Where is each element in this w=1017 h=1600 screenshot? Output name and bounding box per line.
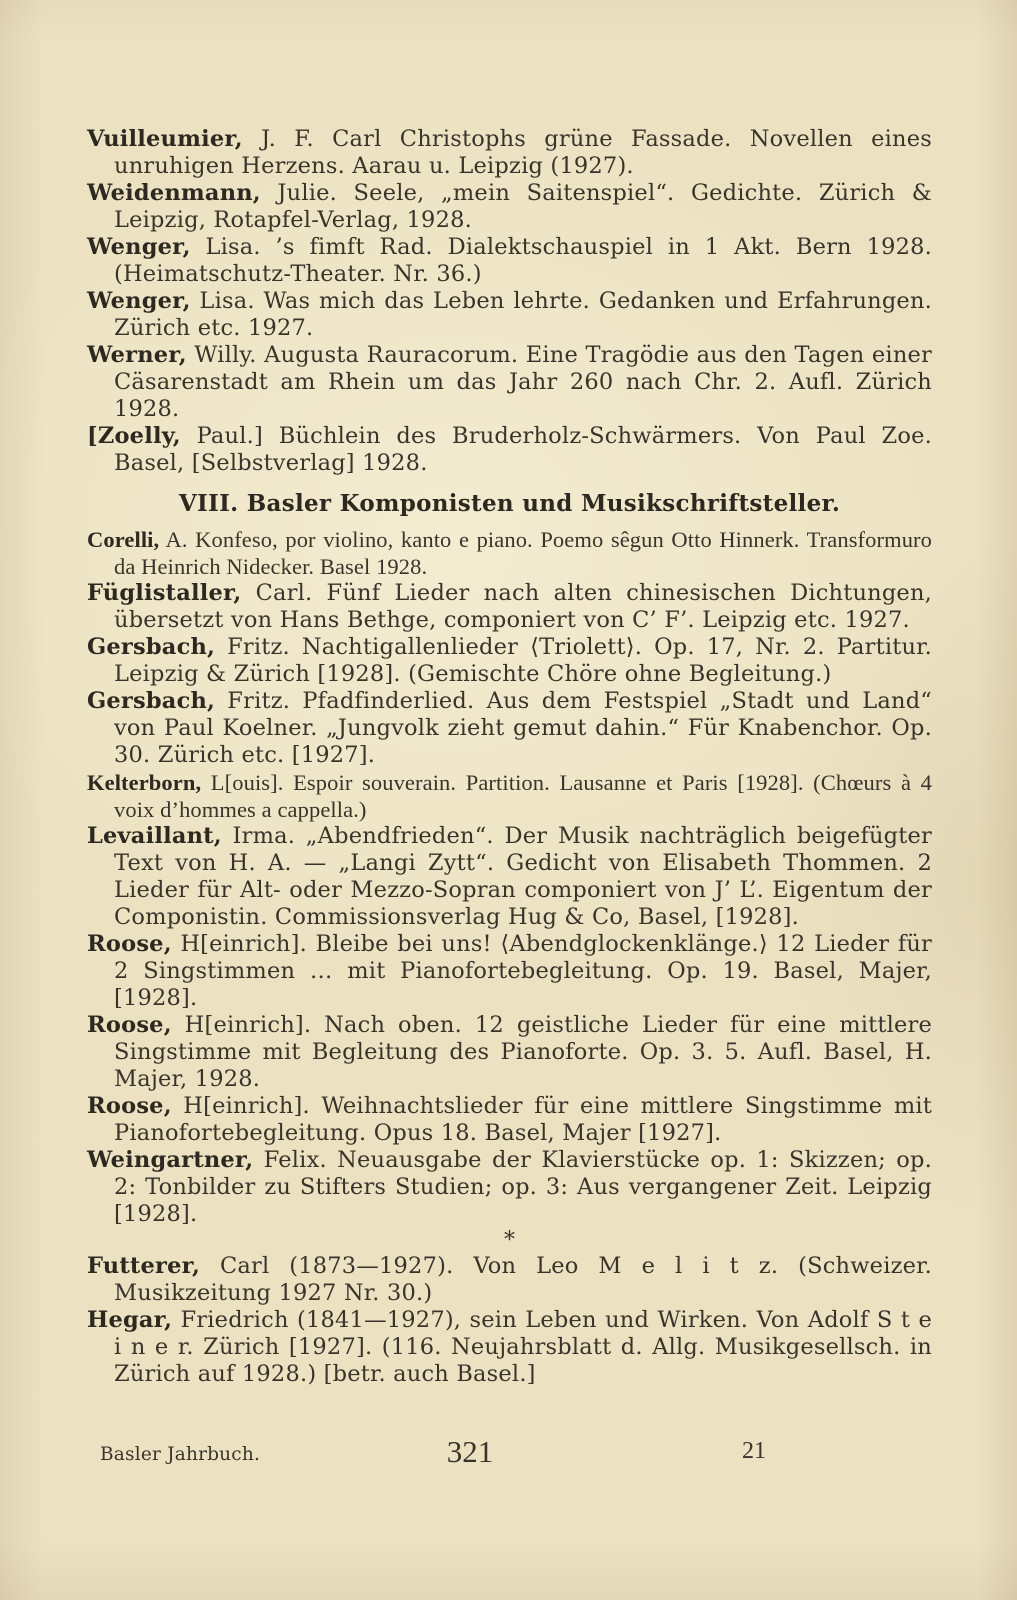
entry-text: Fritz. Nachtigallenlieder ⟨Triolett⟩. Op…: [114, 634, 932, 687]
entry-text: A. Konfeso, por violino, kanto e piano. …: [114, 527, 932, 579]
section-separator-asterisk: *: [87, 1228, 932, 1253]
entry-text: Lisa. Was mich das Leben lehrte. Gedanke…: [114, 288, 932, 341]
bibliography-entry: Gersbach, Fritz. Pfadfinderlied. Aus dem…: [87, 688, 932, 769]
page-footer: Basler Jahrbuch. 321 21: [0, 1434, 1017, 1478]
entry-text: Carl (1873—1927). Von Leo M e l i t z. (…: [114, 1253, 932, 1306]
bibliography-entry: Vuilleumier, J. F. Carl Christophs grüne…: [87, 126, 932, 180]
entry-author: Roose,: [87, 931, 172, 957]
bibliography-entry: Corelli, A. Konfeso, por violino, kanto …: [87, 526, 932, 580]
entry-author: Levaillant,: [87, 823, 222, 849]
bibliography-entry: Füglistaller, Carl. Fünf Lieder nach alt…: [87, 580, 932, 634]
bibliography-entry: [Zoelly, Paul.] Büchlein des Bruderholz-…: [87, 423, 932, 477]
entry-text: Willy. Augusta Rauracorum. Eine Tragödie…: [114, 342, 932, 422]
entry-text: Lisa. ’s fimft Rad. Dialektschauspiel in…: [114, 234, 932, 287]
entry-author: Wenger,: [87, 288, 191, 314]
entry-text: Paul.] Büchlein des Bruderholz-Schwärmer…: [114, 423, 932, 476]
entry-author: Gersbach,: [87, 634, 215, 660]
entry-author: Füglistaller,: [87, 580, 241, 606]
entry-author: [Zoelly,: [87, 423, 181, 449]
entry-author: Vuilleumier,: [87, 126, 243, 152]
entry-text: Irma. „Abendfrieden“. Der Musik nachträg…: [114, 823, 932, 930]
entry-author: Gersbach,: [87, 688, 215, 714]
section-heading: VIII. Basler Komponisten und Musikschrif…: [87, 490, 932, 517]
entry-text: H[einrich]. Nach oben. 12 geistliche Lie…: [114, 1012, 932, 1092]
bibliography-entry: Weidenmann, Julie. Seele, „mein Saitensp…: [87, 180, 932, 234]
bibliography-entry: Wenger, Lisa. Was mich das Leben lehrte.…: [87, 288, 932, 342]
bibliography-entry: Wenger, Lisa. ’s fimft Rad. Dialektschau…: [87, 234, 932, 288]
bibliography-entry: Kelterborn, L[ouis]. Espoir souverain. P…: [87, 769, 932, 823]
entry-author: Hegar,: [87, 1307, 172, 1333]
text-block: Vuilleumier, J. F. Carl Christophs grüne…: [87, 126, 932, 1388]
entry-text: H[einrich]. Bleibe bei uns! ⟨Abendglocke…: [114, 931, 932, 1011]
page-number: 321: [0, 1434, 940, 1470]
entry-list-addenda: Futterer, Carl (1873—1927). Von Leo M e …: [87, 1253, 932, 1388]
entry-list-literature: Vuilleumier, J. F. Carl Christophs grüne…: [87, 126, 932, 477]
entry-author: Futterer,: [87, 1253, 200, 1279]
bibliography-entry: Werner, Willy. Augusta Rauracorum. Eine …: [87, 342, 932, 423]
entry-text: Fritz. Pfadfinderlied. Aus dem Festspiel…: [114, 688, 932, 768]
bibliography-entry: Hegar, Friedrich (1841—1927), sein Leben…: [87, 1307, 932, 1388]
entry-text: Friedrich (1841—1927), sein Leben und Wi…: [114, 1307, 932, 1387]
bibliography-entry: Roose, H[einrich]. Weihnachtslieder für …: [87, 1093, 932, 1147]
bibliography-section-composers: Corelli, A. Konfeso, por violino, kanto …: [87, 526, 932, 1228]
sheet-signature: 21: [742, 1438, 766, 1465]
bibliography-entry: Roose, H[einrich]. Bleibe bei uns! ⟨Aben…: [87, 931, 932, 1012]
entry-author: Weingartner,: [87, 1147, 253, 1173]
entry-author: Wenger,: [87, 234, 191, 260]
bibliography-section-addenda: Futterer, Carl (1873—1927). Von Leo M e …: [87, 1253, 932, 1388]
bibliography-entry: Weingartner, Felix. Neuausgabe der Klavi…: [87, 1147, 932, 1228]
entry-text: H[einrich]. Weihnachtslieder für eine mi…: [114, 1093, 932, 1146]
entry-author: Roose,: [87, 1093, 172, 1119]
scanned-book-page: { "colors": { "paper": "#ece2c2", "ink":…: [0, 0, 1017, 1600]
entry-author: Kelterborn,: [87, 770, 201, 795]
entry-author: Roose,: [87, 1012, 172, 1038]
entry-list-composers: Corelli, A. Konfeso, por violino, kanto …: [87, 526, 932, 1228]
entry-author: Weidenmann,: [87, 180, 261, 206]
bibliography-entry: Roose, H[einrich]. Nach oben. 12 geistli…: [87, 1012, 932, 1093]
entry-text: L[ouis]. Espoir souverain. Partition. La…: [114, 770, 932, 822]
entry-author: Werner,: [87, 342, 187, 368]
bibliography-entry: Gersbach, Fritz. Nachtigallenlieder ⟨Tri…: [87, 634, 932, 688]
bibliography-section-literature: Vuilleumier, J. F. Carl Christophs grüne…: [87, 126, 932, 477]
bibliography-entry: Futterer, Carl (1873—1927). Von Leo M e …: [87, 1253, 932, 1307]
bibliography-entry: Levaillant, Irma. „Abendfrieden“. Der Mu…: [87, 823, 932, 931]
entry-author: Corelli,: [87, 527, 159, 552]
